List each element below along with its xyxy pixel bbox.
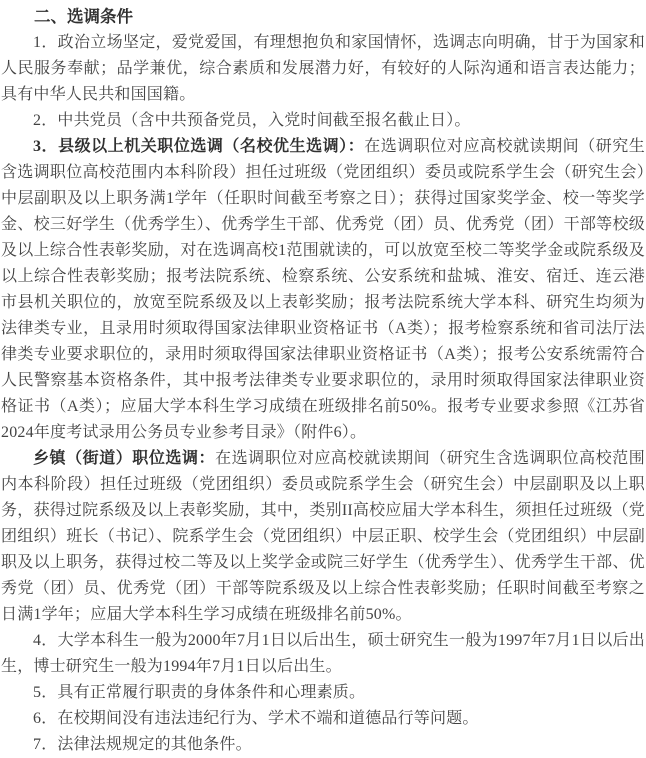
paragraph-political-stance: 1．政治立场坚定，爱党爱国，有理想抱负和家国情怀，选调志向明确，甘于为国家和人民… bbox=[1, 30, 645, 108]
paragraph-5-text: 4．大学本科生一般为2000年7月1日以后出生，硕士研究生一般为1997年7月1… bbox=[1, 632, 645, 675]
document-page: 二、选调条件 1．政治立场坚定，爱党爱国，有理想抱负和家国情怀，选调志向明确，甘… bbox=[0, 0, 646, 758]
paragraph-6-text: 5．具有正常履行职责的身体条件和心理素质。 bbox=[33, 684, 365, 701]
paragraph-3-text: 在选调职位对应高校就读期间（研究生含选调职位高校范围内本科阶段）担任过班级（党团… bbox=[1, 138, 645, 441]
paragraph-2-text: 2．中共党员（含中共预备党员，入党时间截至报名截止日）。 bbox=[33, 112, 471, 129]
section-heading: 二、选调条件 bbox=[1, 4, 645, 30]
paragraph-conduct-requirement: 6．在校期间没有违法违纪行为、学术不端和道德品行等问题。 bbox=[1, 706, 645, 732]
paragraph-3-lead: 3．县级以上机关职位选调（名校优生选调）： bbox=[33, 138, 364, 155]
paragraph-1-text: 1．政治立场坚定，爱党爱国，有理想抱负和家国情怀，选调志向明确，甘于为国家和人民… bbox=[1, 34, 645, 103]
paragraph-4-lead: 乡镇（街道）职位选调： bbox=[33, 450, 215, 467]
paragraph-birthdate-requirement: 4．大学本科生一般为2000年7月1日以后出生，硕士研究生一般为1997年7月1… bbox=[1, 628, 645, 680]
paragraph-7-text: 6．在校期间没有违法违纪行为、学术不端和道德品行等问题。 bbox=[33, 710, 479, 727]
paragraph-4-text: 在选调职位对应高校就读期间（研究生含选调职位高校范围内本科阶段）担任过班级（党团… bbox=[1, 450, 645, 623]
paragraph-health-requirement: 5．具有正常履行职责的身体条件和心理素质。 bbox=[1, 680, 645, 706]
paragraph-county-level-selection: 3．县级以上机关职位选调（名校优生选调）：在选调职位对应高校就读期间（研究生含选… bbox=[1, 134, 645, 446]
paragraph-township-selection: 乡镇（街道）职位选调：在选调职位对应高校就读期间（研究生含选调职位高校范围内本科… bbox=[1, 446, 645, 628]
paragraph-party-member: 2．中共党员（含中共预备党员，入党时间截至报名截止日）。 bbox=[1, 108, 645, 134]
paragraph-8-text: 7．法律法规规定的其他条件。 bbox=[33, 736, 252, 753]
paragraph-other-conditions: 7．法律法规规定的其他条件。 bbox=[1, 732, 645, 758]
